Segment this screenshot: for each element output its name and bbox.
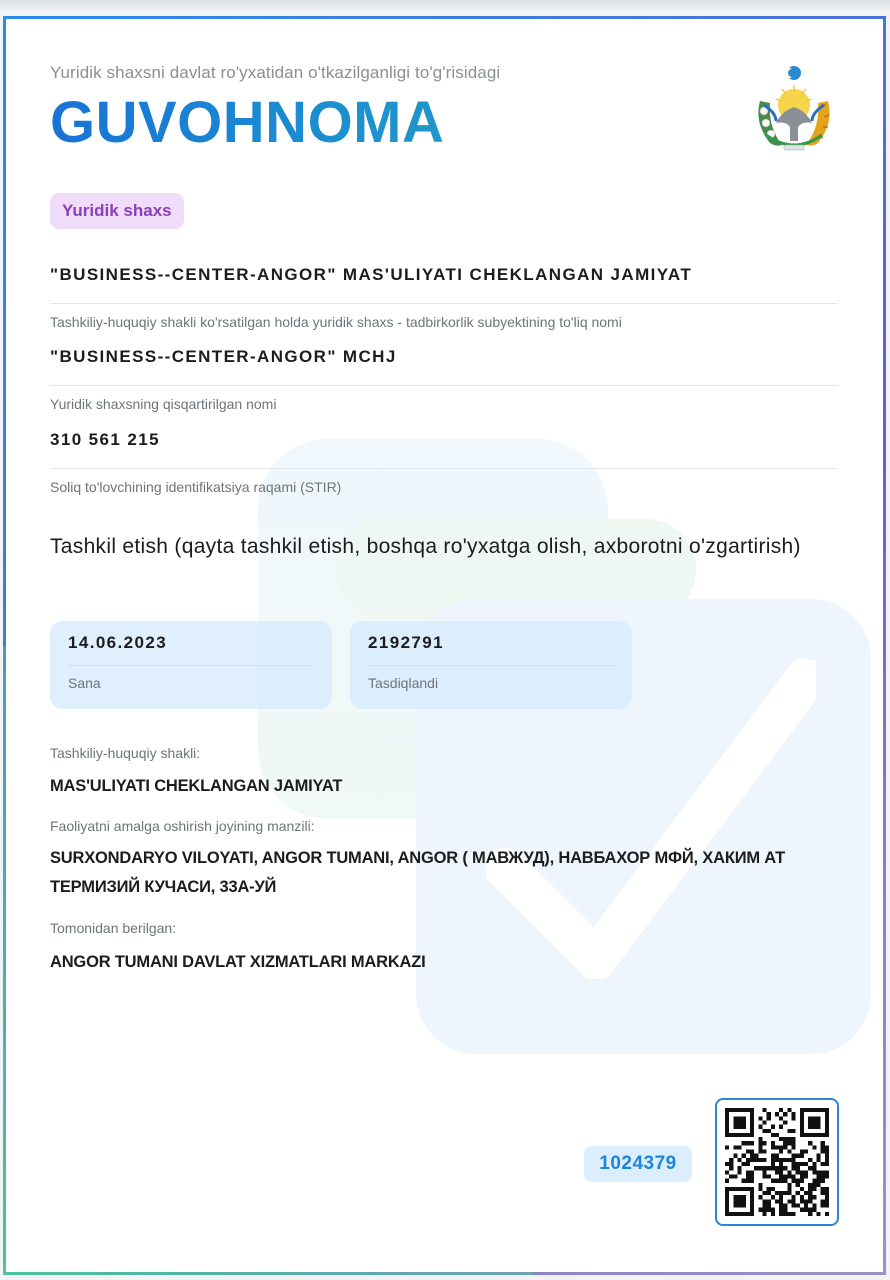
address-value: SURXONDARYO VILOYATI, ANGOR TUMANI, ANGO… (50, 844, 840, 902)
divider (68, 665, 314, 666)
entity-type-badge: Yuridik shaxs (50, 193, 184, 229)
date-label: Sana (68, 675, 314, 691)
issued-by-value: ANGOR TUMANI DAVLAT XIZMATLARI MARKAZI (50, 948, 850, 977)
certificate-frame: Yuridik shaxsni davlat ro'yxatidan o'tka… (3, 16, 886, 1275)
top-strip (0, 0, 890, 14)
registration-heading: Tashkil etish (qayta tashkil etish, bosh… (50, 531, 810, 563)
date-value: 14.06.2023 (68, 633, 314, 655)
short-name-field: "BUSINESS--CENTER-ANGOR" MCHJ Yuridik sh… (50, 347, 838, 412)
qr-code-icon (725, 1108, 829, 1216)
approval-card: 2192791 Tasdiqlandi (350, 621, 632, 709)
full-name-value: "BUSINESS--CENTER-ANGOR" MAS'ULIYATI CHE… (50, 265, 838, 293)
approval-number-value: 2192791 (368, 633, 614, 655)
tin-value: 310 561 215 (50, 430, 838, 458)
certificate-page: Yuridik shaxsni davlat ro'yxatidan o'tka… (6, 19, 883, 1272)
short-name-label: Yuridik shaxsning qisqartirilgan nomi (50, 396, 838, 412)
full-name-label: Tashkiliy-huquqiy shakli ko'rsatilgan ho… (50, 314, 838, 330)
legal-form-value: MAS'ULIYATI CHEKLANGAN JAMIYAT (50, 772, 850, 801)
short-name-value: "BUSINESS--CENTER-ANGOR" MCHJ (50, 347, 838, 375)
state-emblem-icon (746, 61, 842, 157)
divider (50, 468, 838, 469)
qr-code-box[interactable] (715, 1098, 839, 1226)
address-label: Faoliyatni amalga oshirish joyining manz… (50, 818, 315, 834)
divider (50, 385, 838, 386)
divider (368, 665, 614, 666)
certificate-subtitle: Yuridik shaxsni davlat ro'yxatidan o'tka… (50, 63, 500, 83)
date-card: 14.06.2023 Sana (50, 621, 332, 709)
full-name-field: "BUSINESS--CENTER-ANGOR" MAS'ULIYATI CHE… (50, 265, 838, 330)
tin-field: 310 561 215 Soliq to'lovchining identifi… (50, 430, 838, 495)
approval-label: Tasdiqlandi (368, 675, 614, 691)
divider (50, 303, 838, 304)
issued-by-label: Tomonidan berilgan: (50, 920, 176, 936)
document-number-badge: 1024379 (584, 1146, 692, 1182)
legal-form-label: Tashkiliy-huquqiy shakli: (50, 745, 200, 761)
certificate-title: GUVOHNOMA (50, 89, 444, 156)
tin-label: Soliq to'lovchining identifikatsiya raqa… (50, 479, 838, 495)
